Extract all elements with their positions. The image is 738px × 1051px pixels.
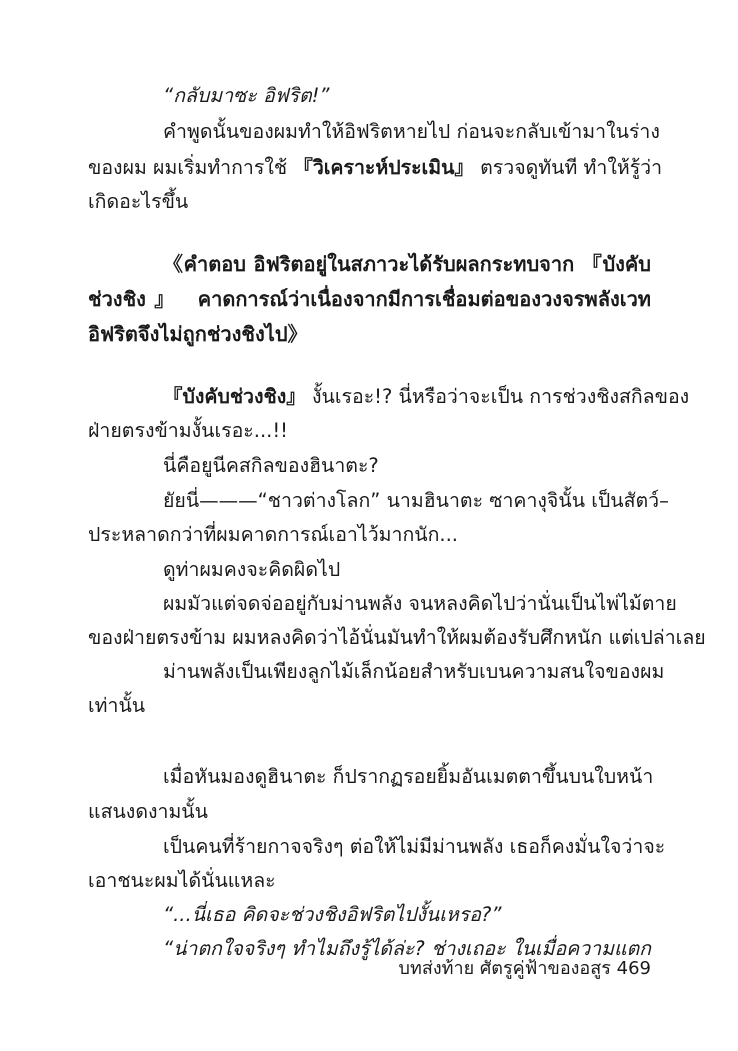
system-message-line: อิฟริตจึงไม่ถูกช่วงชิงไป》 <box>88 317 651 351</box>
skill-name: 『วิเคราะห์ประเมิน』 <box>293 156 474 179</box>
paragraph-line: นี่คือยูนีคสกิลของฮินาตะ? <box>163 449 651 483</box>
paragraph-line: ของฝ่ายตรงข้าม ผมหลงคิดว่าไอ้นั่นมันทำให… <box>88 621 651 655</box>
paragraph-line: ม่านพลังเป็นเพียงลูกไม้เล็กน้อยสำหรับเบน… <box>163 655 651 689</box>
paragraph-line: ดูท่าผมคงจะคิดผิดไป <box>163 553 651 587</box>
paragraph-line: ยัยนี่———“ชาวต่างโลก” นามฮินาตะ ซาคางุจิ… <box>163 484 651 518</box>
paragraph-line: เมื่อหันมองดูฮินาตะ ก็ปรากฏรอยยิ้มอันเมต… <box>163 760 651 794</box>
page-number: 469 <box>617 958 651 979</box>
book-page: “กลับมาซะ อิฟริต!” คำพูดนั้นของผมทำให้อิ… <box>0 0 738 1051</box>
dialogue-line: “กลับมาซะ อิฟริต!” <box>163 79 651 113</box>
page-footer: บทส่งท้าย ศัตรูคู่ฟ้าของอสูร 469 <box>399 954 651 984</box>
paragraph-line: คำพูดนั้นของผมทำให้อิฟริตหายไป ก่อนจะกลั… <box>163 115 651 149</box>
text-segment: ตรวจดูทันที ทำให้รู้ว่า <box>474 156 662 179</box>
paragraph-line: แสนงดงามนั้น <box>88 795 651 829</box>
paragraph-line: เอาชนะผมได้นั่นแหละ <box>88 864 651 898</box>
system-message-line: ช่วงชิง』 คาดการณ์ว่าเนื่องจากมีการเชื่อม… <box>88 282 651 316</box>
paragraph-line: เท่านั้น <box>88 689 651 723</box>
dialogue-line: “...นี่เธอ คิดจะช่วงชิงอิฟริตไปงั้นเหรอ?… <box>163 898 651 932</box>
text-segment: ของผม ผมเริ่มทำการใช้ <box>88 156 293 179</box>
paragraph-line: เกิดอะไรขึ้น <box>88 185 651 219</box>
paragraph-line: ของผม ผมเริ่มทำการใช้ 『วิเคราะห์ประเมิน』… <box>88 151 651 185</box>
system-message-line: 《คำตอบ อิฟริตอยู่ในสภาวะได้รับผลกระทบจาก… <box>163 247 651 281</box>
text-segment: งั้นเรอะ!? นี่หรือว่าจะเป็น การช่วงชิงสก… <box>306 385 689 408</box>
paragraph-line: ฝ่ายตรงข้ามงั้นเรอะ...!! <box>88 414 651 448</box>
paragraph-line: ประหลาดกว่าที่ผมคาดการณ์เอาไว้มากนัก... <box>88 518 651 552</box>
paragraph-line: ผมมัวแต่จดจ่ออยู่กับม่านพลัง จนหลงคิดไปว… <box>163 587 651 621</box>
skill-name: 『บังคับช่วงชิง』 <box>163 385 306 408</box>
paragraph-line: 『บังคับช่วงชิง』 งั้นเรอะ!? นี่หรือว่าจะเ… <box>163 380 651 414</box>
paragraph-line: เป็นคนที่ร้ายกาจจริงๆ ต่อให้ไม่มีม่านพลั… <box>163 830 651 864</box>
chapter-title: บทส่งท้าย ศัตรูคู่ฟ้าของอสูร <box>399 958 611 979</box>
